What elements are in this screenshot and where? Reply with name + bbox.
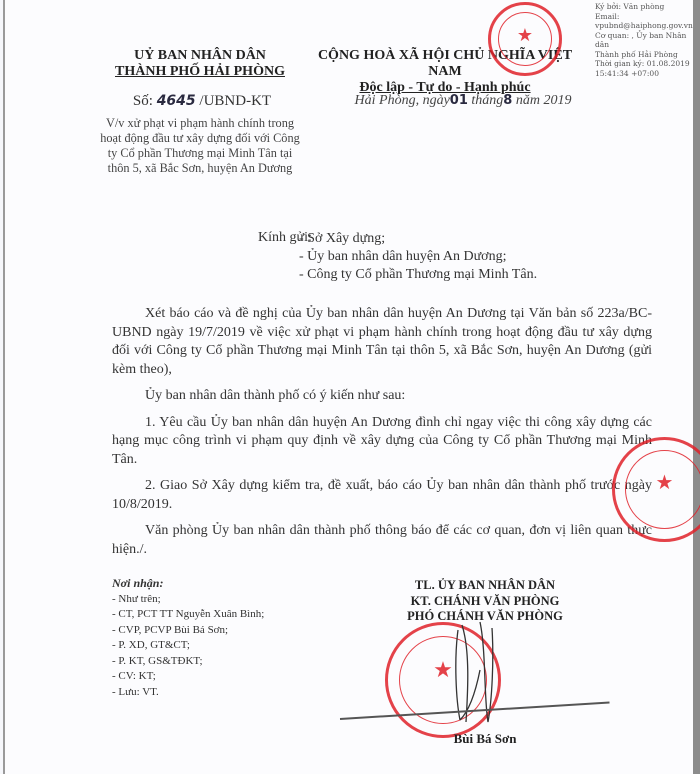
star-emblem-icon: ★ [615,470,700,494]
distribution-list: Nơi nhận: - Như trên; - CT, PCT TT Nguyễ… [112,576,264,700]
date-day-handwritten: 01 [450,93,468,108]
recipients-list: - Sở Xây dựng; - Ủy ban nhân dân huyện A… [299,230,537,284]
date-prefix: Hải Phòng, ngày [355,93,450,108]
star-emblem-icon: ★ [491,25,559,46]
authority-line-1: UỶ BAN NHÂN DÂN [100,48,300,64]
distribution-title: Nơi nhận: [112,576,264,592]
sig-line: vpubnd@haiphong.gov.vn [595,21,695,31]
distribution-item: - CT, PCT TT Nguyễn Xuân Bình; [112,607,264,623]
recipient-item: - Sở Xây dựng; [299,230,537,248]
recipient-item: - Công ty Cổ phần Thương mại Minh Tân. [299,266,537,284]
signature-title-line: TL. ỦY BAN NHÂN DÂN [400,578,570,594]
document-body: Xét báo cáo và đề nghị của Ủy ban nhân d… [112,305,652,567]
distribution-item: - CVP, PCVP Bùi Bá Sơn; [112,623,264,639]
issuing-authority: UỶ BAN NHÂN DÂN THÀNH PHỐ HẢI PHÒNG [100,48,300,80]
date-month-handwritten: 8 [503,93,512,108]
doc-number-prefix: Số: [133,93,153,109]
distribution-item: - P. KT, GS&TĐKT; [112,654,264,670]
sig-line: Email: [595,12,695,22]
body-paragraph: Xét báo cáo và đề nghị của Ủy ban nhân d… [112,305,652,379]
official-seal-top: ★ [488,2,562,76]
distribution-item: - CV: KT; [112,669,264,685]
signature-title-line: KT. CHÁNH VĂN PHÒNG [400,594,570,610]
document-subject: V/v xử phạt vi phạm hành chính trong hoạ… [100,116,300,176]
body-paragraph: Văn phòng Ủy ban nhân dân thành phố thôn… [112,522,652,559]
sig-line: Thành phố Hải Phòng [595,50,695,60]
authority-line-2: THÀNH PHỐ HẢI PHÒNG [100,64,300,80]
doc-number-handwritten: 4645 [157,93,196,109]
date-mid: tháng [468,93,503,108]
body-paragraph: 2. Giao Sở Xây dựng kiểm tra, đề xuất, b… [112,477,652,514]
body-paragraph: 1. Yêu cầu Ủy ban nhân dân huyện An Dươn… [112,414,652,470]
signer-name: Bùi Bá Sơn [400,731,570,747]
distribution-item: - P. XD, GT&CT; [112,638,264,654]
doc-number-suffix: /UBND-KT [199,93,271,109]
distribution-item: - Lưu: VT. [112,685,264,701]
document-number: Số: 4645 /UBND-KT [107,93,297,110]
sig-line: Ký bởi: Văn phòng [595,2,695,12]
document-date: Hải Phòng, ngày01 tháng8 năm 2019 [318,93,608,109]
sig-line: 15:41:34 +07:00 [595,69,695,79]
digital-signature-info: Ký bởi: Văn phòng Email: vpubnd@haiphong… [595,2,695,78]
sig-line: Thời gian ký: 01.08.2019 [595,59,695,69]
sig-line: Cơ quan: , Ủy ban Nhân dân [595,31,695,50]
recipient-item: - Ủy ban nhân dân huyện An Dương; [299,248,537,266]
distribution-item: - Như trên; [112,592,264,608]
date-suffix: năm 2019 [512,93,571,108]
viewer-right-border [693,0,700,774]
body-paragraph: Ủy ban nhân dân thành phố có ý kiến như … [112,387,652,406]
